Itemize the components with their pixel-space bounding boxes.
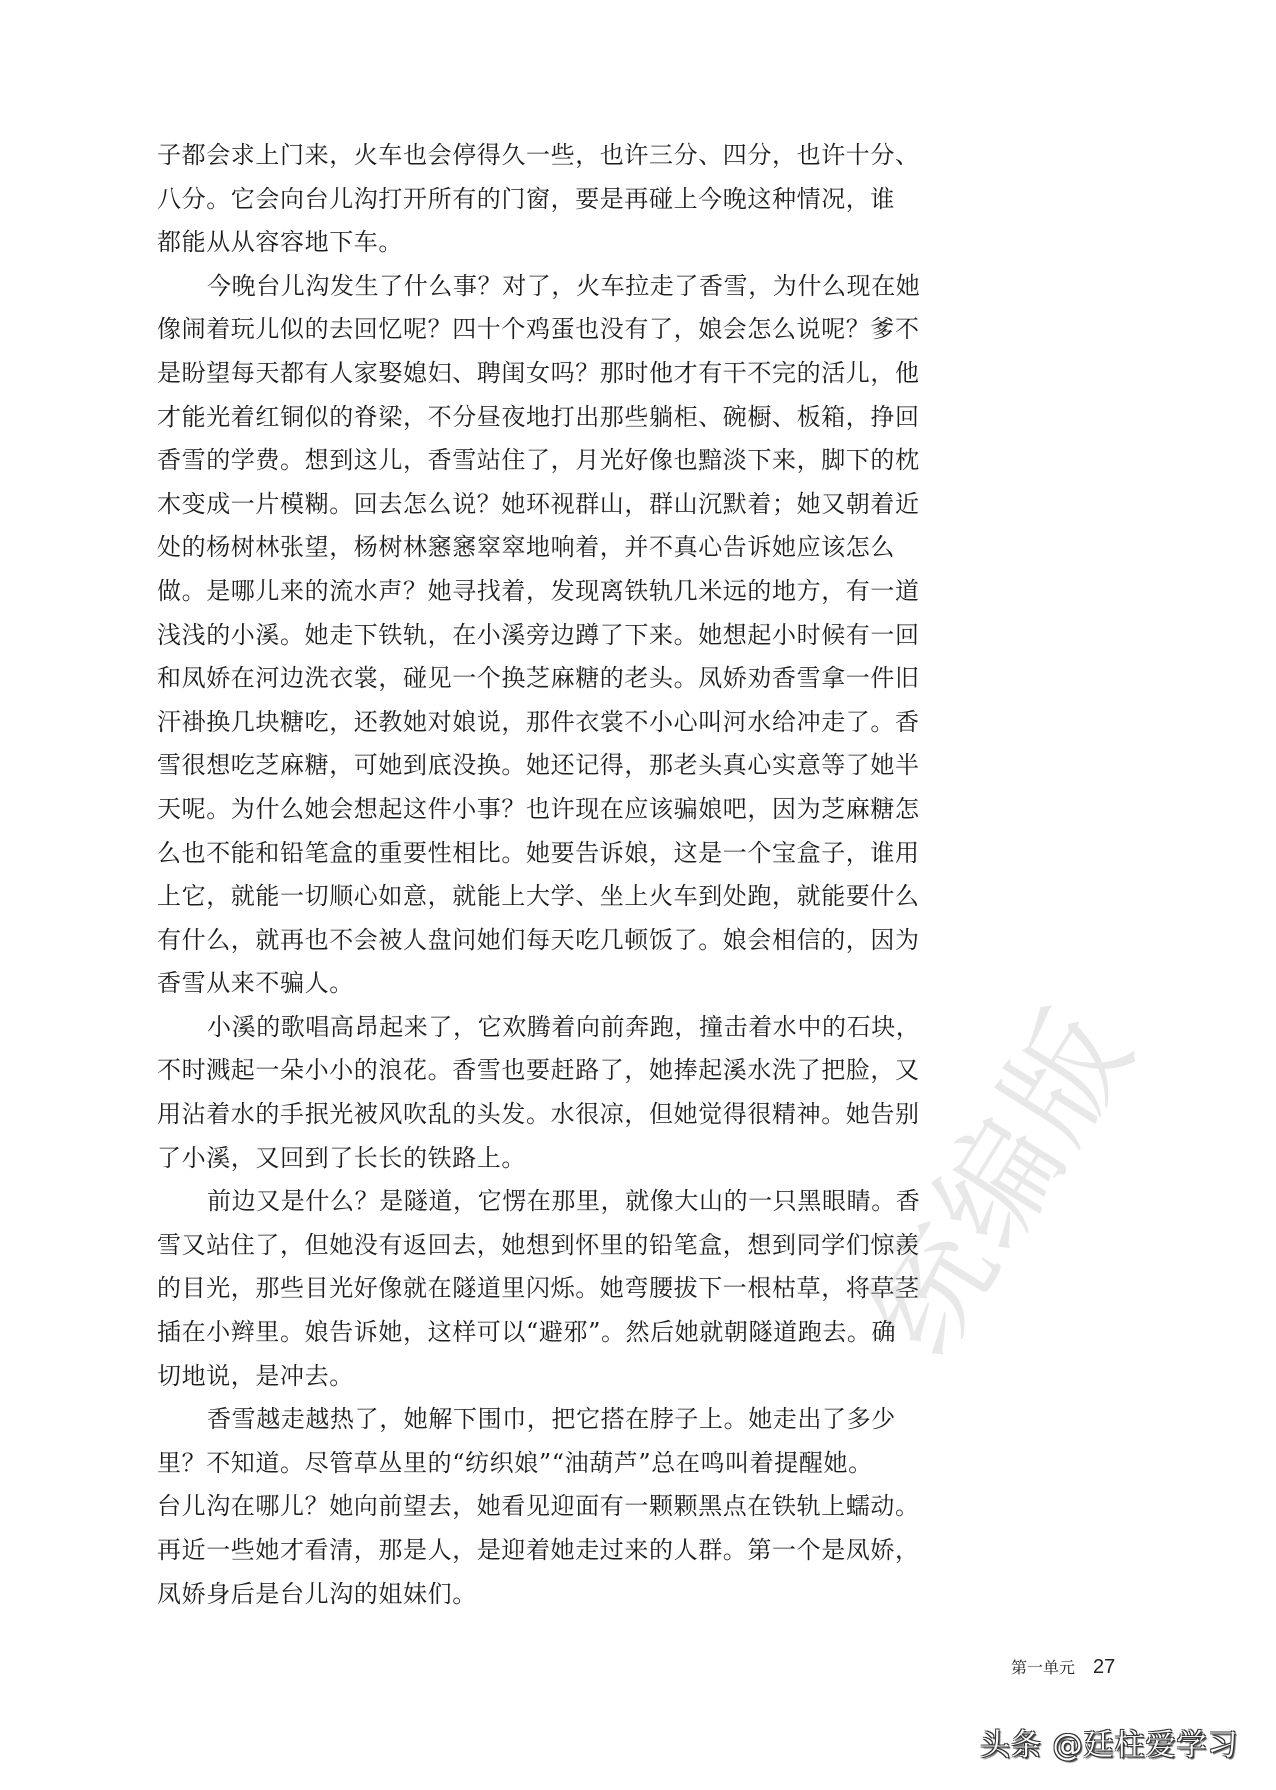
text-line: 是盼望每天都有人家娶媳妇、聘闺女吗？那时他才有干不完的活儿，他 (157, 352, 957, 396)
paragraph-first-line: 前边又是什么？是隧道，它愣在那里，就像大山的一只黑眼睛。香 (157, 1180, 957, 1224)
text-line: 汗褂换几块糖吃，还教她对娘说，那件衣裳不小心叫河水给冲走了。香 (157, 701, 957, 745)
source-attribution: 头条 @廷柱爱学习 (980, 1720, 1239, 1764)
text-line: 雪又站住了，但她没有返回去，她想到怀里的铅笔盒，想到同学们惊羡 (157, 1224, 957, 1268)
text-line: 上它，就能一切顺心如意，就能上大学、坐上火车到处跑，就能要什么 (157, 875, 957, 919)
unit-label: 第一单元 (1011, 1655, 1075, 1678)
paragraph-first-line: 小溪的歌唱高昂起来了，它欢腾着向前奔跑，撞击着水中的石块， (157, 1006, 957, 1050)
text-line: 切地说，是冲去。 (157, 1355, 957, 1399)
text-line: 香雪从来不骗人。 (157, 962, 957, 1006)
text-line: 台儿沟在哪儿？她向前望去，她看见迎面有一颗颗黑点在铁轨上蠕动。 (157, 1485, 957, 1529)
text-line: 都能从从容容地下车。 (157, 221, 957, 265)
text-line: 香雪的学费。想到这儿，香雪站住了，月光好像也黯淡下来，脚下的枕 (157, 439, 957, 483)
text-line: 不时溅起一朵小小的浪花。香雪也要赶路了，她捧起溪水洗了把脸，又 (157, 1049, 957, 1093)
text-line: 天呢。为什么她会想起这件小事？也许现在应该骗娘吧，因为芝麻糖怎 (157, 788, 957, 832)
text-line: 子都会求上门来，火车也会停得久一些，也许三分、四分，也许十分、 (157, 134, 957, 178)
text-line: 和凤娇在河边洗衣裳，碰见一个换芝麻糖的老头。凤娇劝香雪拿一件旧 (157, 657, 957, 701)
paragraph-first-line: 香雪越走越热了，她解下围巾，把它搭在脖子上。她走出了多少 (157, 1398, 957, 1442)
text-line: 有什么，就再也不会被人盘问她们每天吃几顿饭了。娘会相信的，因为 (157, 919, 957, 963)
text-line: 才能光着红铜似的脊梁，不分昼夜地打出那些躺柜、碗橱、板箱，挣回 (157, 396, 957, 440)
text-line: 处的杨树林张望，杨树林窸窸窣窣地响着，并不真心告诉她应该怎么 (157, 526, 957, 570)
page-number: 27 (1093, 1656, 1115, 1679)
text-line: 像闹着玩儿似的去回忆呢？四十个鸡蛋也没有了，娘会怎么说呢？爹不 (157, 308, 957, 352)
text-line: 八分。它会向台儿沟打开所有的门窗，要是再碰上今晚这种情况，谁 (157, 178, 957, 222)
text-line: 再近一些她才看清，那是人，是迎着她走过来的人群。第一个是凤娇， (157, 1529, 957, 1573)
textbook-page: 统编版 子都会求上门来，火车也会停得久一些，也许三分、四分，也许十分、 八分。它… (0, 0, 1276, 1790)
text-line: 浅浅的小溪。她走下铁轨，在小溪旁边蹲了下来。她想起小时候有一回 (157, 614, 957, 658)
text-line: 里？不知道。尽管草丛里的“纺织娘”“油葫芦”总在鸣叫着提醒她。 (157, 1442, 957, 1486)
text-line: 了小溪，又回到了长长的铁路上。 (157, 1137, 957, 1181)
text-line: 木变成一片模糊。回去怎么说？她环视群山，群山沉默着；她又朝着近 (157, 483, 957, 527)
paragraph-first-line: 今晚台儿沟发生了什么事？对了，火车拉走了香雪，为什么现在她 (157, 265, 957, 309)
text-line: 做。是哪儿来的流水声？她寻找着，发现离铁轨几米远的地方，有一道 (157, 570, 957, 614)
text-line: 用沾着水的手抿光被风吹乱的头发。水很凉，但她觉得很精神。她告别 (157, 1093, 957, 1137)
text-line: 雪很想吃芝麻糖，可她到底没换。她还记得，那老头真心实意等了她半 (157, 744, 957, 788)
text-line: 插在小辫里。娘告诉她，这样可以“避邪”。然后她就朝隧道跑去。确 (157, 1311, 957, 1355)
text-line: 的目光，那些目光好像就在隧道里闪烁。她弯腰拔下一根枯草，将草茎 (157, 1267, 957, 1311)
body-text: 子都会求上门来，火车也会停得久一些，也许三分、四分，也许十分、 八分。它会向台儿… (157, 134, 957, 1616)
page-footer: 第一单元 27 (1011, 1655, 1115, 1679)
text-line: 么也不能和铅笔盒的重要性相比。她要告诉娘，这是一个宝盒子，谁用 (157, 832, 957, 876)
text-line: 凤娇身后是台儿沟的姐妹们。 (157, 1573, 957, 1617)
